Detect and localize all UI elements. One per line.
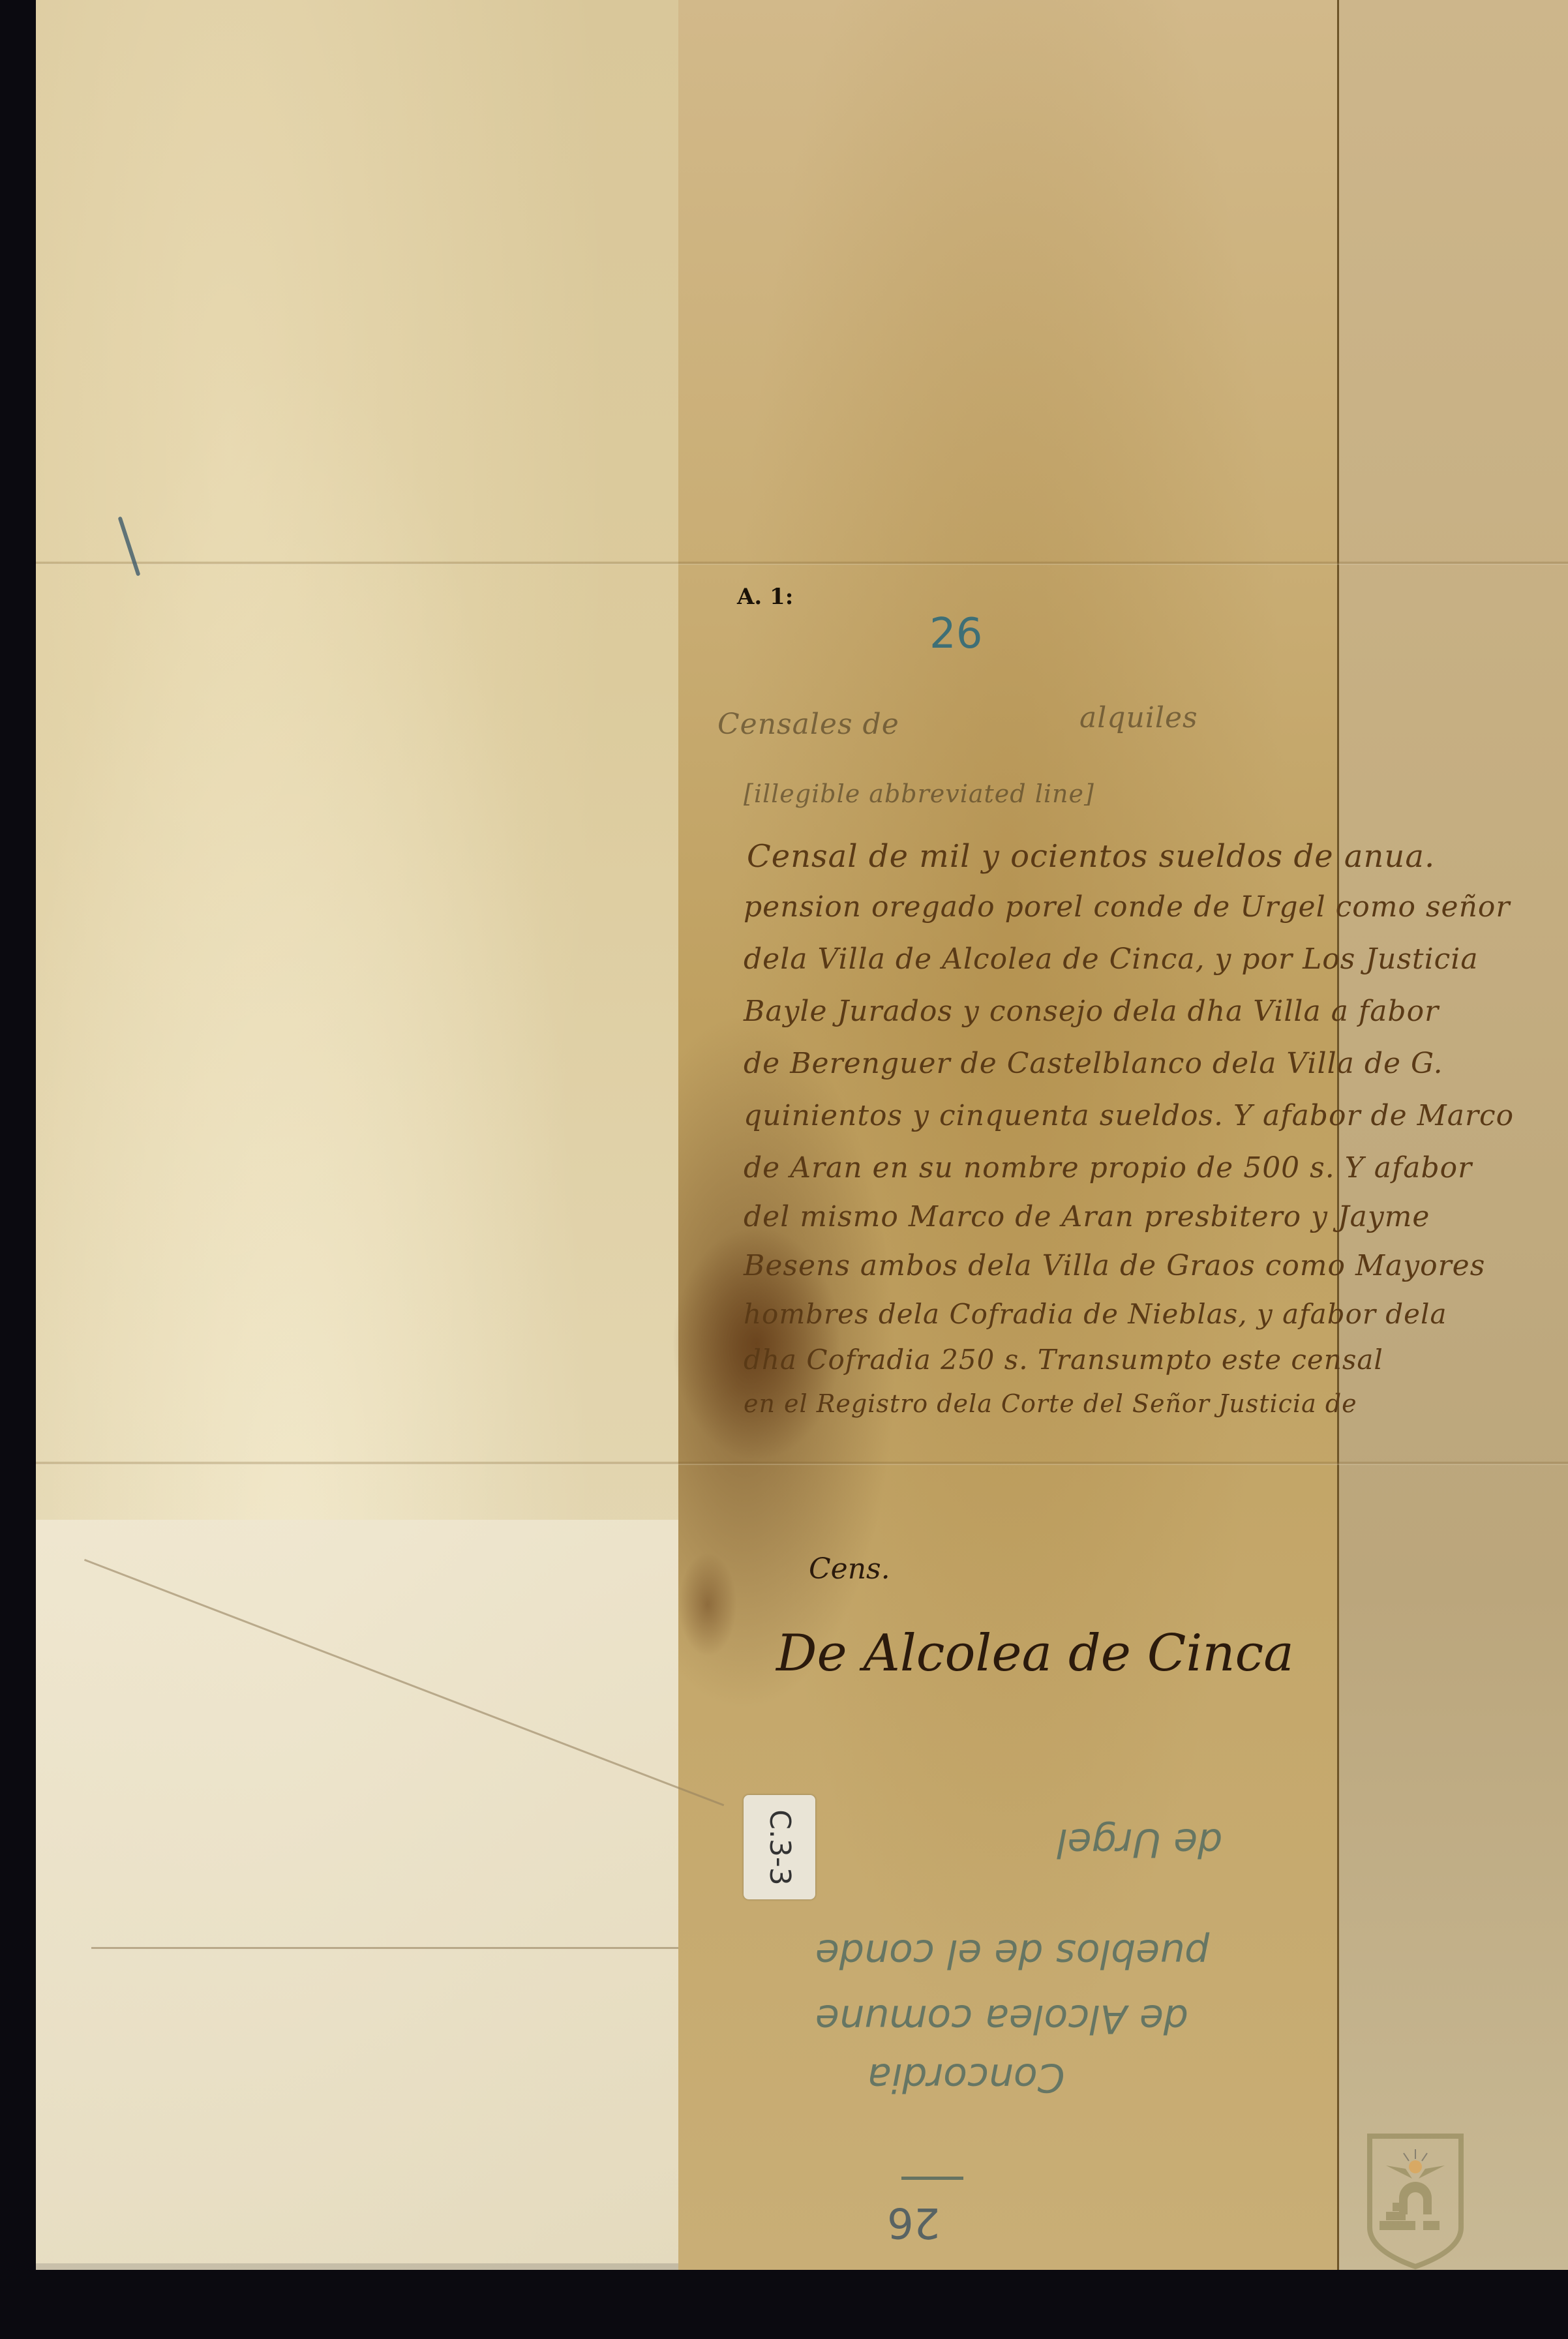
text-line: dela Villa de Alcolea de Cinca, y por Lo… — [744, 943, 1479, 976]
header-line-right: alquiles — [1079, 701, 1198, 734]
document-title: De Alcolea de Cinca — [776, 1624, 1294, 1683]
shelfmark-label: C.3-3 — [744, 1795, 815, 1899]
text-line: hombres dela Cofradia de Nieblas, y afab… — [744, 1298, 1447, 1330]
text-line: de Berenguer de Castelblanco dela Villa … — [744, 1047, 1443, 1080]
text-line: de Aran en su nombre propio de 500 s. Y … — [744, 1151, 1472, 1185]
pencil-note: pueblos de el conde — [815, 1931, 1209, 1976]
fold-line — [36, 561, 1568, 565]
pencil-note: Concordia — [867, 2055, 1065, 2100]
pencil-rule — [901, 2177, 963, 2180]
fold-line — [36, 1461, 1568, 1465]
text-line: Besens ambos dela Villa de Graos como Ma… — [744, 1249, 1485, 1282]
header-line-2: [illegible abbreviated line] — [744, 779, 1094, 808]
cens-note: Cens. — [809, 1552, 890, 1586]
text-line: quinientos y cinquenta sueldos. Y afabor… — [744, 1099, 1514, 1132]
text-line: dha Cofradia 250 s. Transumpto este cens… — [744, 1344, 1383, 1376]
text-line: pension oregado porel conde de Urgel com… — [744, 890, 1510, 924]
shelfmark-text: C.3-3 — [763, 1809, 796, 1886]
right-folded-panel — [1339, 0, 1568, 2270]
ink-stain — [678, 1552, 737, 1657]
flap-crease — [91, 1947, 678, 1949]
text-line: en el Registro dela Corte del Señor Just… — [744, 1389, 1357, 1418]
blue-folio-number: 26 — [929, 610, 982, 658]
header-line-left: Censales de — [717, 708, 899, 741]
center-text-panel — [678, 0, 1339, 2270]
coat-of-arms-icon — [1363, 2130, 1468, 2273]
text-line: del mismo Marco de Aran presbitero y Jay… — [744, 1200, 1430, 1233]
inverted-number: 26 — [887, 2198, 940, 2246]
text-line: Bayle Jurados y consejo dela dha Villa a… — [744, 995, 1439, 1028]
text-line: Censal de mil y ocientos sueldos de anua… — [747, 838, 1435, 875]
pencil-note: de Urgel — [1057, 1820, 1222, 1865]
pencil-note: de Alcolea comune — [815, 1996, 1188, 2042]
folded-flap — [36, 1520, 678, 2270]
reference-mark: A. 1: — [737, 584, 793, 610]
